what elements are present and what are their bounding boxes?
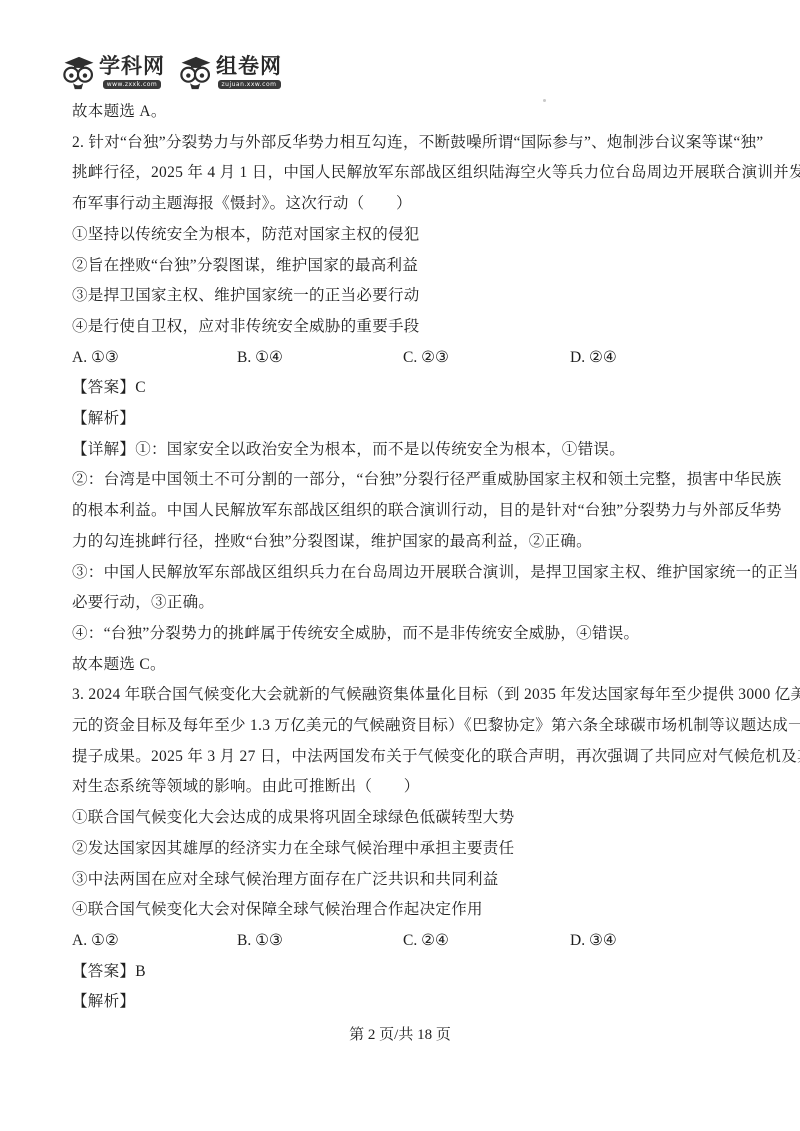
zxxk-logo-name: 学科网 <box>99 55 165 79</box>
question3-stem-line: 元的资金目标及每年至少 1.3 万亿美元的气候融资目标）《巴黎协定》第六条全球碳… <box>72 711 732 742</box>
question2-detail-line: ③：中国人民解放军东部战区组织兵力在台岛周边开展联合演训，是捍卫国家主权、维护国… <box>72 558 732 589</box>
owl-icon <box>62 55 96 91</box>
question3-choice-a: A. ①② <box>72 926 237 957</box>
question3-stem-line: 提子成果。2025 年 3 月 27 日，中法两国发布关于气候变化的联合声明，再… <box>72 742 732 773</box>
prev-question-conclusion: 故本题选 A。 <box>72 97 732 128</box>
question2-choice-b: B. ①④ <box>237 343 403 374</box>
question2-detail-line: 的根本利益。中国人民解放军东部战区组织的联合演训行动，目的是针对“台独”分裂势力… <box>72 496 732 527</box>
question3-stem-line: 对生态系统等领域的影响。由此可推断出（ ） <box>72 772 732 803</box>
question3-option-1: ①联合国气候变化大会达成的成果将巩固全球绿色低碳转型大势 <box>72 803 732 834</box>
question3-option-2: ②发达国家因其雄厚的经济实力在全球气候治理中承担主要责任 <box>72 834 732 865</box>
question2-option-1: ①坚持以传统安全为根本，防范对国家主权的侵犯 <box>72 220 732 251</box>
question2-choice-c: C. ②③ <box>403 343 570 374</box>
question3-choice-b: B. ①③ <box>237 926 403 957</box>
question3-option-4: ④联合国气候变化大会对保障全球气候治理合作起决定作用 <box>72 895 732 926</box>
question3-choices-row: A. ①② B. ①③ C. ②④ D. ③④ <box>72 926 732 957</box>
question3-choice-d: D. ③④ <box>570 926 732 957</box>
zxxk-logo-url: www.zxxk.com <box>103 80 162 89</box>
question2-conclusion: 故本题选 C。 <box>72 650 732 681</box>
zujuan-logo: 组卷网 zujuan.xxw.com <box>179 55 282 91</box>
document-body: 故本题选 A。 2. 针对“台独”分裂势力与外部反华势力相互勾连，不断鼓噪所谓“… <box>72 97 732 1018</box>
question2-stem-line: 挑衅行径，2025 年 4 月 1 日，中国人民解放军东部战区组织陆海空火等兵力… <box>72 158 732 189</box>
question2-choice-d: D. ②④ <box>570 343 732 374</box>
question2-stem-line: 2. 针对“台独”分裂势力与外部反华势力相互勾连，不断鼓噪所谓“国际参与”、炮制… <box>72 128 732 159</box>
question2-option-3: ③是捍卫国家主权、维护国家统一的正当必要行动 <box>72 281 732 312</box>
question2-analysis-label: 【解析】 <box>72 404 732 435</box>
question2-choices-row: A. ①③ B. ①④ C. ②③ D. ②④ <box>72 343 732 374</box>
exam-document-page: 学科网 www.zxxk.com 组卷网 zujuan.xxw.com <box>0 0 800 1131</box>
question2-detail-line: 【详解】①：国家安全以政治安全为根本，而不是以传统安全为根本，①错误。 <box>72 435 732 466</box>
question3-option-3: ③中法两国在应对全球气候治理方面存在广泛共识和共同利益 <box>72 865 732 896</box>
question3-answer: 【答案】B <box>72 957 732 988</box>
zxxk-logo: 学科网 www.zxxk.com <box>62 55 165 91</box>
question2-detail-line: ④：“台独”分裂势力的挑衅属于传统安全威胁，而不是非传统安全威胁，④错误。 <box>72 619 732 650</box>
zujuan-logo-name: 组卷网 <box>216 55 282 79</box>
site-logos: 学科网 www.zxxk.com 组卷网 zujuan.xxw.com <box>62 55 282 91</box>
question3-analysis-label: 【解析】 <box>72 987 732 1018</box>
question2-detail-line: 必要行动，③正确。 <box>72 588 732 619</box>
question2-option-2: ②旨在挫败“台独”分裂图谋，维护国家的最高利益 <box>72 251 732 282</box>
question3-choice-c: C. ②④ <box>403 926 570 957</box>
question2-stem-line: 布军事行动主题海报《慑封》。这次行动（ ） <box>72 189 732 220</box>
question2-detail-line: ②：台湾是中国领土不可分割的一部分，“台独”分裂行径严重威胁国家主权和领土完整，… <box>72 465 732 496</box>
zujuan-logo-url: zujuan.xxw.com <box>218 80 281 89</box>
page-number: 第 2 页/共 18 页 <box>0 1024 800 1046</box>
question3-stem-line: 3. 2024 年联合国气候变化大会就新的气候融资集体量化目标（到 2035 年… <box>72 680 732 711</box>
question2-option-4: ④是行使自卫权，应对非传统安全威胁的重要手段 <box>72 312 732 343</box>
question2-detail-line: 力的勾连挑衅行径，挫败“台独”分裂图谋，维护国家的最高利益，②正确。 <box>72 527 732 558</box>
owl-icon <box>179 55 213 91</box>
question2-answer: 【答案】C <box>72 373 732 404</box>
question2-choice-a: A. ①③ <box>72 343 237 374</box>
